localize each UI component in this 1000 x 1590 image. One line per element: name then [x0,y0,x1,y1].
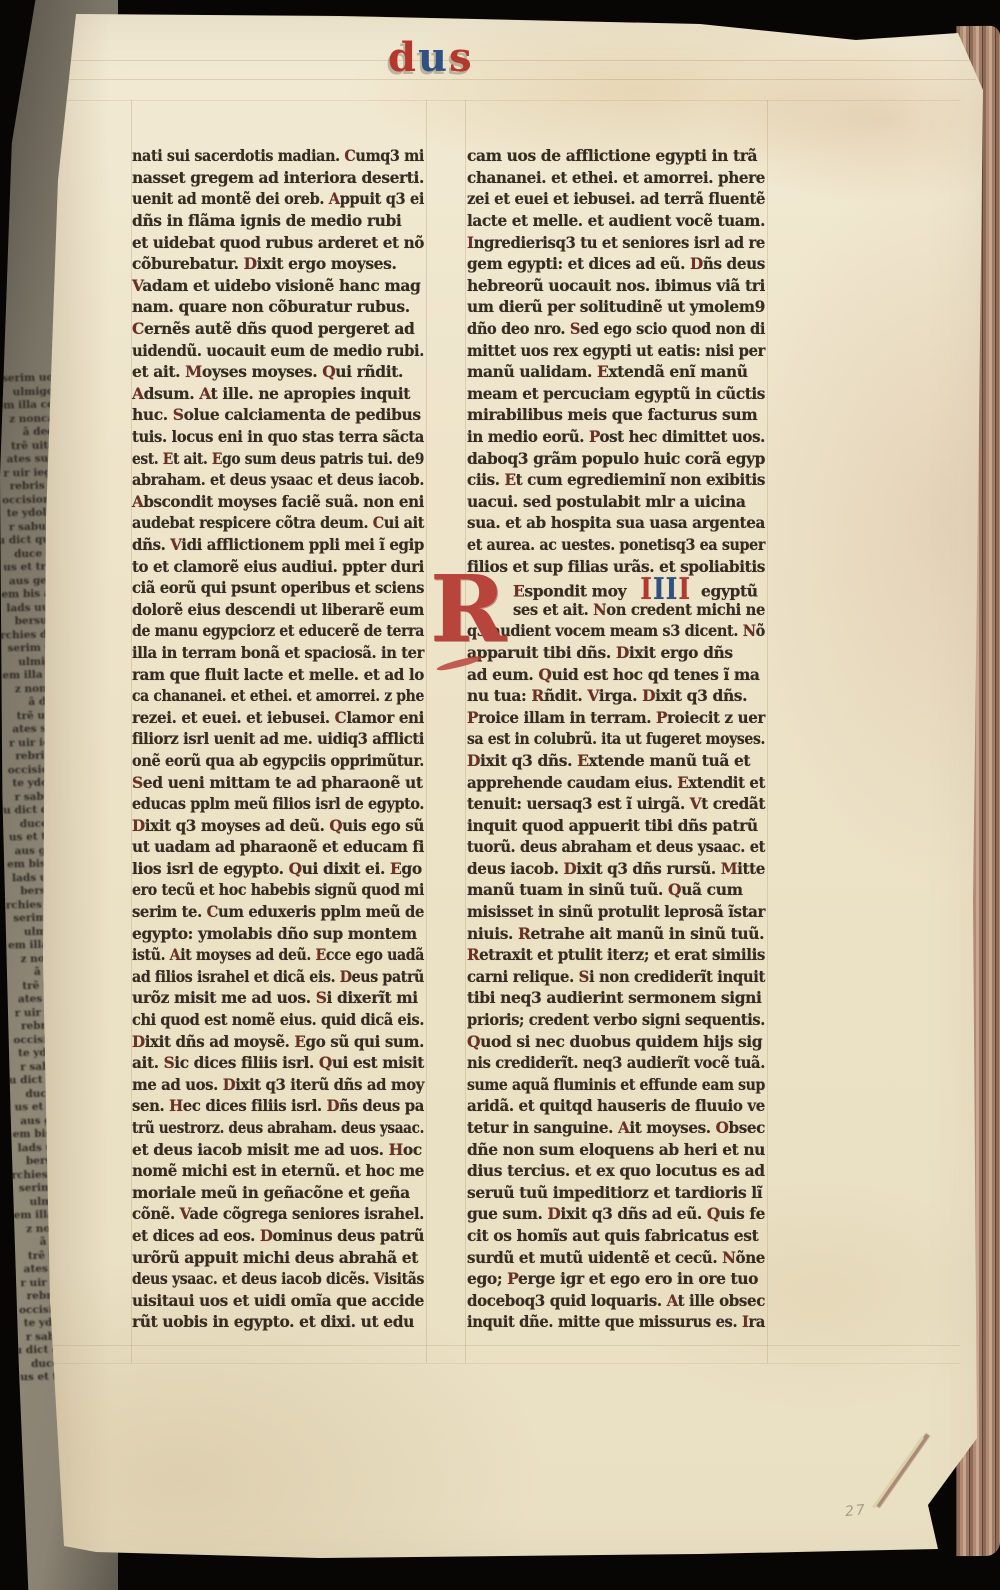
facing-text-fragment: r uir iegi [0,466,56,481]
text-line: ad eum. Quid est hoc qd tenes ĩ ma [467,663,766,685]
text-line: inquit quod appuerit tibi dñs patrũ [467,814,766,836]
text-line: um dierũ per solitudinẽ ut ymolem9 [467,296,766,318]
text-line: mirabilibus meis que facturus sum [467,404,766,426]
text-line: uisitaui uos et uidi omĩa que accide [132,1289,425,1311]
text-line: ero tecũ et hoc habebis signũ quod mi [132,879,425,901]
text-line: nomẽ michi est in eternũ. et hoc me [132,1160,425,1182]
text-line: nu tua: Rñdit. Virga. Dixit q3 dñs. [467,685,766,707]
text-line: q3 audient vocem meam s3 dicent. Nõ [467,620,766,642]
ruling-line [426,100,427,1363]
text-line: lacte et melle. et audient vocẽ tuam. [467,210,766,232]
text-line: Vadam et uidebo visionẽ hanc mag [132,275,425,297]
text-line: me ad uos. Dixit q3 iterũ dñs ad moy [132,1074,425,1096]
text-line: chi quod est nomẽ eius. quid dicã eis. [132,1009,425,1031]
ruling-line [50,1345,960,1346]
text-line: Sed ueni mittam te ad pharaonẽ ut [132,771,425,793]
text-line: dñs. Vidi afflictionem ppli mei ĩ egip [132,534,425,556]
ruling-line [42,60,976,61]
text-line: sen. Hec dices filiis isrl. Dñs deus pa [132,1095,425,1117]
text-line: onẽ eorũ qua ab egypciis opprimũtur. [132,750,425,772]
text-line: dolorẽ eius descendi ut liberarẽ eum [132,598,425,620]
folio-number-pencil: 27 [844,1502,867,1520]
text-line: serim te. Cum eduxeris pplm meũ de [132,901,425,923]
text-line: urõz misit me ad uos. Si dixerĩt mi [132,987,425,1009]
text-line: niuis. Retrahe ait manũ in sinũ tuũ. [467,922,766,944]
text-line: egypto: ymolabis dño sup montem [132,922,425,944]
text-line: ciã eorũ qui psunt operibus et sciens [132,577,425,599]
text-line: uenit ad montẽ dei oreb. Appuit q3 ei [132,188,425,210]
text-line: seruũ tuũ impeditiorz et tardioris lĩ [467,1182,766,1204]
text-line: et deus iacob misit me ad uos. Hoc [132,1138,425,1160]
text-line: et dices ad eos. Dominus deus patrũ [132,1225,425,1247]
text-line: et ait. Moyses moyses. Qui rñdit. [132,361,425,383]
text-line: et uidebat quod rubus arderet et nõ [132,231,425,253]
text-line: prioris; credent verbo signi sequentis. [467,1009,766,1031]
text-line: dius tercius. et ex quo locutus es ad [467,1160,766,1182]
text-line: ca chananei. et ethei. et amorrei. z phe [132,685,425,707]
text-line: daboq3 grãm populo huic corã egyp [467,447,766,469]
text-line: mittet uos rex egypti ut eatis: nisi per [467,339,766,361]
text-line: abraham. et deus ysaac et deus iacob. [132,469,425,491]
facing-text-fragment: em illa co [0,398,54,413]
text-line: uidendũ. uocauit eum de medio rubi. [132,339,425,361]
ruling-line [60,100,960,101]
text-line: istũ. Ait moyses ad deũ. Ecce ego uadã [132,944,425,966]
text-line: huc. Solue calciamenta de pedibus [132,404,425,426]
facing-text-fragment: ates suo [0,452,55,467]
text-line: hebreorũ uocauit nos. ibimus viã tri [467,275,766,297]
text-line: et aurea. ac uestes. ponetisq3 ea super [467,534,766,556]
text-line: rezei. et euei. et iebusei. Clamor eni [132,706,425,728]
text-line: ad filios israhel et dicã eis. Deus patr… [132,966,425,988]
text-line: ram que fluit lacte et melle. et ad lo [132,663,425,685]
text-line: Adsum. At ille. ne apropies inquit [132,383,425,405]
text-line: dñe non sum eloquens ab heri et nu [467,1138,766,1160]
ruling-line [42,79,976,80]
text-line: educas pplm meũ filios isrl de egypto. [132,793,425,815]
text-line: rũt uobis in egypto. et dixi. ut edu [132,1311,425,1333]
facing-text-fragment: trẽ uite [0,439,55,454]
facing-text-fragment: ulmigo [0,385,54,400]
text-line: gem egypti: et dices ad eũ. Dñs deus [467,253,766,275]
text-line: tibi neq3 audierint sermonem signi [467,987,766,1009]
text-line: cõburebatur. Dixit ergo moyses. [132,253,425,275]
text-line: illa in terram bonã et spaciosã. in ter [132,642,425,664]
text-line: ego; Perge igr et ego ero in ore tuo [467,1268,766,1290]
ruling-line [50,1363,960,1364]
text-line: Abscondit moyses faciẽ suã. non eni [132,491,425,513]
text-line: surdũ et mutũ uidentẽ et cecũ. Nõne [467,1246,766,1268]
text-line: filiorz isrl uenit ad me. uidiq3 afflict… [132,728,425,750]
running-title: dus [388,38,474,78]
manuscript-page: dus nati sui sacerdotis madian. Cumq3 mi… [0,0,1000,1590]
text-line: sa est in colubrũ. ita ut fugeret moyses… [467,728,766,750]
text-line: moriale meũ in geñacõne et geña [132,1182,425,1204]
text-line: manũ tuam in sinũ tuũ. Quã cum [467,879,766,901]
text-line: inquit dñe. mitte que missurus es. Ira [467,1311,766,1333]
text-line: deus iacob. Dixit q3 dñs rursũ. Mitte [467,858,766,880]
text-line: sume aquã fluminis et effunde eam sup [467,1074,766,1096]
text-line: ses et ait. Non credent michi ne [467,598,766,620]
text-line: nati sui sacerdotis madian. Cumq3 mi [132,145,425,167]
text-line: apparuit tibi dñs. Dixit ergo dñs [467,642,766,664]
text-line: uacui. sed postulabit mlr a uicina [467,491,766,513]
text-line: doceboq3 quid loquaris. At ille obsec [467,1289,766,1311]
text-line: nasset gregem ad interiora deserti. [132,167,425,189]
text-line: misisset in sinũ protulit leprosã ĩstar [467,901,766,923]
text-line: carni relique. Si non crediderĩt inquit [467,966,766,988]
facing-text-fragment: ã deq [0,425,55,440]
text-line: ait. Sic dices filiis isrl. Qui est misi… [132,1052,425,1074]
text-line: dño deo nro. Sed ego scio quod non di [467,318,766,340]
facing-text-fragment: z nonca [0,412,54,427]
text-line: tuis. locus eni in quo stas terra sãcta [132,426,425,448]
text-line: Retraxit et ptulit iterz; et erat simili… [467,944,766,966]
ruling-line [465,100,466,1363]
page-top-edge-stain [180,11,880,24]
text-line: Proice illam in terram. Proiecit z uer [467,706,766,728]
text-line: aridã. et quitqd hauseris de fluuio ve [467,1095,766,1117]
text-line: zei et euei et iebusei. ad terrã fluentẽ [467,188,766,210]
text-line: deus ysaac. et deus iacob dicẽs. Visitãs [132,1268,425,1290]
text-line: cõnẽ. Vade cõgrega seniores israhel. [132,1203,425,1225]
text-column-left: nati sui sacerdotis madian. Cumq3 minass… [132,145,425,1333]
text-line: meam et percuciam egyptũ in cũctis [467,383,766,405]
text-column-right: cam uos de afflictione egypti in trãchan… [467,145,766,1333]
facing-text-fragment: serim uo [0,371,54,386]
text-line: to et clamorẽ eius audiui. ppter duri [132,555,425,577]
text-line: Dixit dñs ad moysẽ. Ego sũ qui sum. [132,1030,425,1052]
text-line: Ingredierisq3 tu et seniores isrl ad re [467,231,766,253]
text-line: tetur in sanguine. Ait moyses. Obsec [467,1117,766,1139]
text-line: nam. quare non cõburatur rubus. [132,296,425,318]
text-line: dñs in flãma ignis de medio rubi [132,210,425,232]
running-title-letter: s [449,34,474,81]
text-line: ut uadam ad pharaonẽ et educam fi [132,836,425,858]
text-line: manũ ualidam. Extendã enĩ manũ [467,361,766,383]
text-line: cit os homĩs aut quis fabricatus est [467,1225,766,1247]
text-line: est. Et ait. Ego sum deus patris tui. de… [132,447,425,469]
text-line: in medio eorũ. Post hec dimittet uos. [467,426,766,448]
text-line: tuorũ. deus abraham et deus ysaac. et [467,836,766,858]
text-line: ciis. Et cum egredieminĩ non exibitis [467,469,766,491]
text-line: lios isrl de egypto. Qui dixit ei. Ego [132,858,425,880]
running-title-letter: u [418,34,449,81]
chapter-initial-letter: R [430,566,506,653]
text-line: de manu egypciorz et educerẽ de terra [132,620,425,642]
running-title-letter: d [388,34,418,81]
text-line: nis crediderĩt. neq3 audierĩt vocẽ tuã. [467,1052,766,1074]
text-line: Dixit q3 dñs. Extende manũ tuã et [467,750,766,772]
text-line: tenuit: uersaq3 est ĩ uirgã. Vt credãt [467,793,766,815]
text-line: Espondit moyIIIIegyptũ [467,577,766,599]
text-line: cam uos de afflictione egypti in trã [467,145,766,167]
text-line: Quod si nec duobus quidem hijs sig [467,1030,766,1052]
text-line: Dixit q3 moyses ad deũ. Quis ego sũ [132,814,425,836]
manuscript-photo: serim uoulmigoem illa coz noncaã deqtrẽ … [0,0,1000,1590]
text-line: chananei. et ethei. et amorrei. phere [467,167,766,189]
text-line: trũ uestrorz. deus abraham. deus ysaac. [132,1117,425,1139]
text-line: gue sum. Dixit q3 dñs ad eũ. Quis fe [467,1203,766,1225]
text-line: apprehende caudam eius. Extendit et [467,771,766,793]
text-line: Cernẽs autẽ dñs quod pergeret ad [132,318,425,340]
text-line: sua. et ab hospita sua uasa argentea [467,512,766,534]
ruling-line [767,100,768,1363]
text-line: audebat respicere cõtra deum. Cui ait [132,512,425,534]
text-line: urõrũ appuit michi deus abrahã et [132,1246,425,1268]
